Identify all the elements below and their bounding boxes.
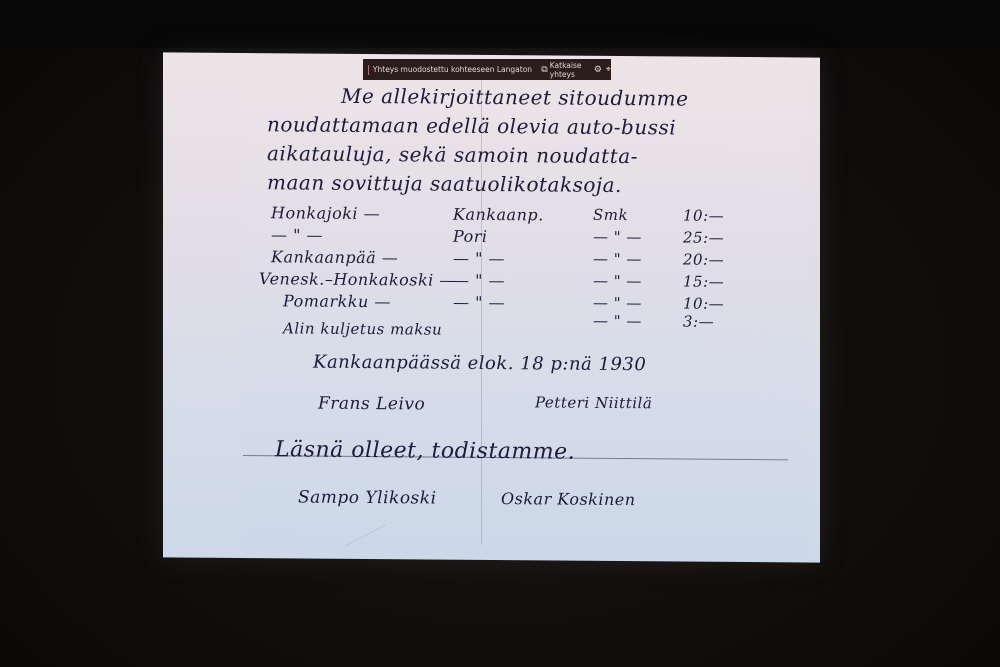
fare-currency: — " — bbox=[593, 228, 642, 246]
fare-to: Kankaanp. bbox=[453, 205, 544, 225]
signature-oskar-koskinen: Oskar Koskinen bbox=[501, 489, 636, 509]
ceiling-shadow bbox=[0, 0, 1000, 48]
fare-from: Honkajoki — bbox=[271, 203, 380, 223]
intro-line-3: aikatauluja, sekä samoin noudatta- bbox=[267, 141, 638, 168]
fare-amount: 20:— bbox=[683, 251, 724, 269]
fare-amount: 3:— bbox=[683, 313, 714, 331]
intro-line-1: Me allekirjoittaneet sitoudumme bbox=[341, 84, 688, 111]
fare-to: — " — bbox=[453, 293, 505, 312]
disconnect-button[interactable]: ⧉ Katkaise yhteys bbox=[541, 61, 586, 79]
fare-amount: 10:— bbox=[683, 207, 724, 225]
projection-connection-bar: Yhteys muodostettu kohteeseen Langaton ⧉… bbox=[363, 59, 611, 80]
gear-icon[interactable]: ⚙ bbox=[594, 64, 602, 75]
minimum-fare-note: Alin kuljetus maksu bbox=[283, 319, 442, 338]
fare-currency: — " — bbox=[593, 272, 642, 290]
fare-currency: — " — bbox=[593, 250, 642, 268]
signature-sampo-ylikoski: Sampo Ylikoski bbox=[298, 487, 437, 508]
projection-screen: Me allekirjoittaneet sitoudumme noudatta… bbox=[163, 52, 820, 562]
connection-accent bbox=[368, 65, 369, 75]
fare-amount: 15:— bbox=[683, 273, 724, 291]
intro-line-4: maan sovittuja saatuolikotaksoja. bbox=[267, 170, 622, 197]
cast-disconnect-icon: ⧉ bbox=[541, 64, 548, 75]
fare-to: — " — bbox=[453, 271, 505, 290]
witness-heading: Läsnä olleet, todistamme. bbox=[275, 437, 575, 464]
fare-from: Venesk.–Honkakoski — bbox=[259, 269, 456, 290]
fare-from: Kankaanpää — bbox=[271, 247, 398, 267]
fare-currency: — " — bbox=[593, 294, 642, 312]
fare-amount: 25:— bbox=[683, 229, 724, 247]
pin-icon[interactable]: ⌖ bbox=[606, 64, 611, 75]
connection-status: Yhteys muodostettu kohteeseen Langaton bbox=[373, 65, 532, 74]
fare-to: Pori bbox=[453, 227, 488, 246]
intro-line-2: noudattamaan edellä olevia auto-bussi bbox=[267, 112, 676, 139]
fare-currency: — " — bbox=[593, 312, 642, 330]
fare-from: — " — bbox=[271, 225, 323, 244]
fare-currency: Smk bbox=[593, 206, 628, 224]
signature-frans-leivo: Frans Leivo bbox=[318, 394, 425, 415]
place-and-date: Kankaanpäässä elok. 18 p:nä 1930 bbox=[313, 352, 646, 376]
signature-petteri-niittila: Petteri Niittilä bbox=[535, 393, 652, 412]
fare-amount: 10:— bbox=[683, 295, 724, 313]
fare-from: Pomarkku — bbox=[283, 291, 391, 311]
disconnect-label: Katkaise yhteys bbox=[550, 61, 586, 79]
fare-to: — " — bbox=[453, 249, 505, 268]
